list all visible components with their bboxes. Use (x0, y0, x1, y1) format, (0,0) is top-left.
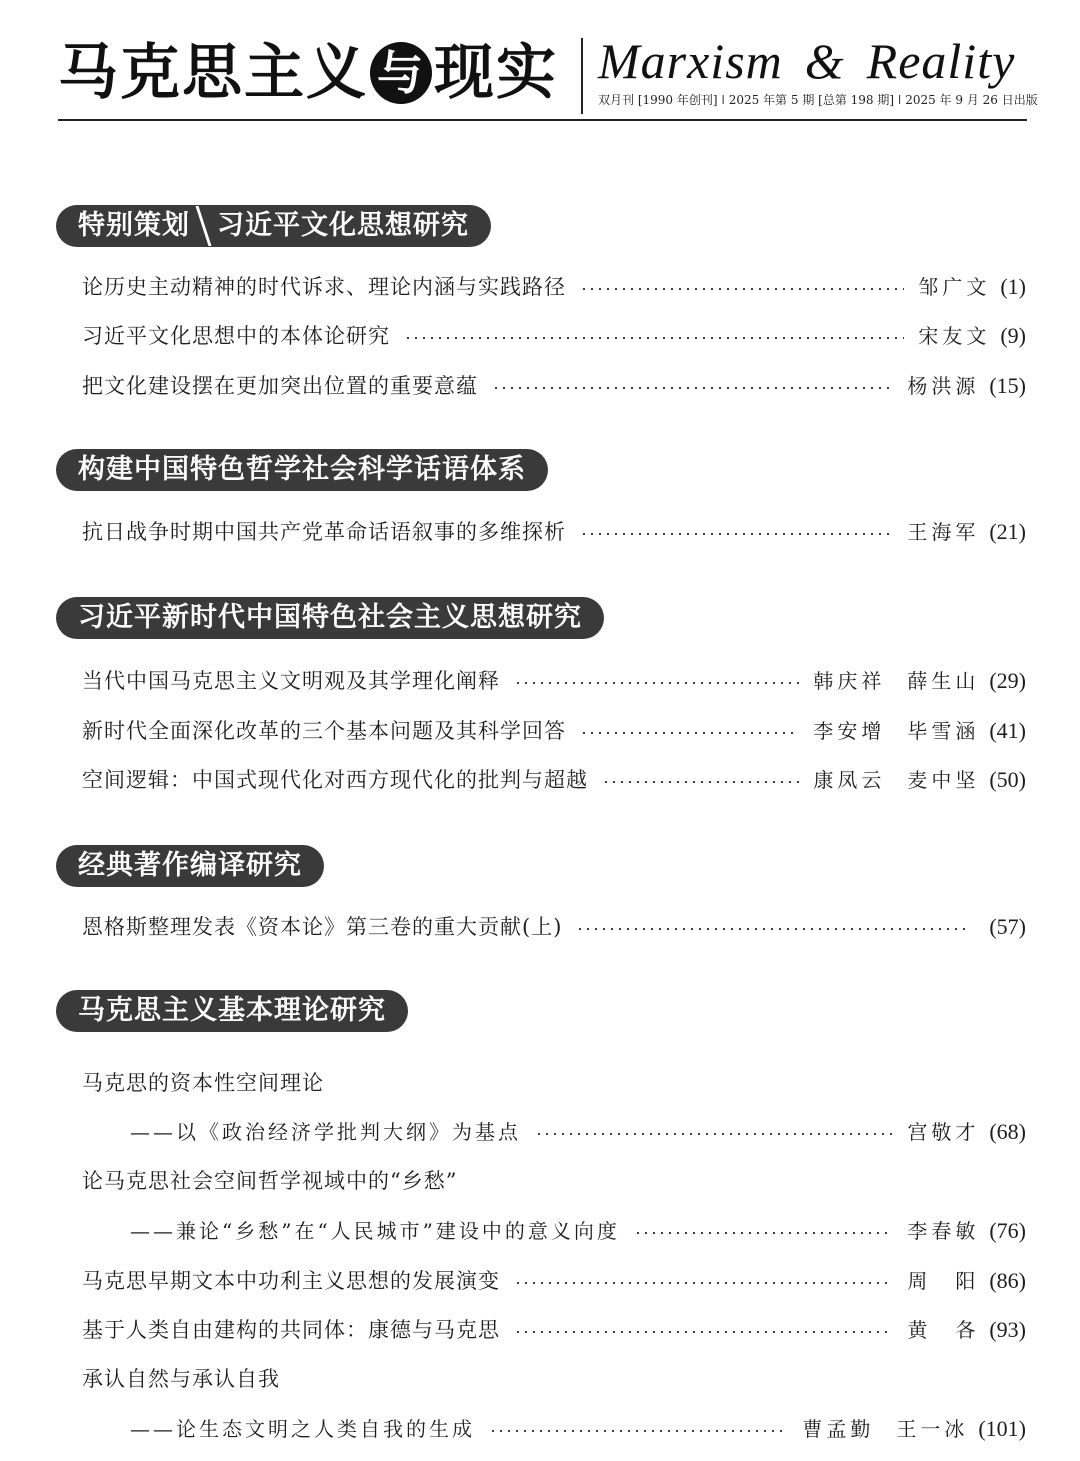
section-heading-special-feature: 特别策划习近平文化思想研究 (56, 205, 491, 247)
page-number: 1 (1000, 272, 1026, 302)
article-title: 基于人类自由建构的共同体：康德与马克思 (82, 1315, 500, 1345)
dot-leader (492, 387, 893, 389)
toc-entry[interactable]: 空间逻辑：中国式现代化对西方现代化的批判与超越 康凤云麦中坚 50 (82, 765, 1026, 795)
journal-title-en-amp: & (805, 33, 845, 89)
page-number: 76 (989, 1216, 1026, 1246)
dot-leader (576, 928, 965, 930)
page-number: 57 (989, 912, 1026, 942)
article-authors: 李安增毕雪涵 (813, 716, 979, 746)
backslash-divider-icon (196, 206, 212, 246)
issue-info: 双月刊 [1990 年创刊] ǀ 2025 年第 5 期 [总第 198 期] … (598, 92, 1038, 108)
toc-entry-subtitle-line[interactable]: ——以《政治经济学批判大纲》为基点 宫敬才 68 (130, 1117, 1026, 1147)
toc-entry[interactable]: 把文化建设摆在更加突出位置的重要意蕴 杨洪源 15 (82, 371, 1026, 401)
toc-entry[interactable]: 基于人类自由建构的共同体：康德与马克思 黄 各 93 (82, 1315, 1026, 1345)
article-authors: 曹孟勤王一冰 (802, 1414, 968, 1444)
header-rule (58, 119, 1027, 121)
title-divider (581, 38, 583, 114)
dot-leader (634, 1232, 893, 1234)
section-heading-prefix: 特别策划 (78, 210, 190, 241)
page-number: 50 (989, 765, 1026, 795)
article-title: 论马克思社会空间哲学视域中的“乡愁” (82, 1166, 457, 1196)
masthead: 马克思主义与现实 Marxism&Reality 双月刊 [1990 年创刊] … (58, 30, 1028, 122)
dot-leader (404, 337, 904, 339)
page-number: 15 (989, 371, 1026, 401)
article-subtitle: ——兼论“乡愁”在“人民城市”建设中的意义向度 (130, 1216, 620, 1246)
dot-leader (580, 732, 799, 734)
article-title: 空间逻辑：中国式现代化对西方现代化的批判与超越 (82, 765, 588, 795)
section-heading-title: 习近平文化思想研究 (217, 210, 469, 241)
journal-title-cn-part2: 现实 (434, 38, 558, 108)
dot-leader (514, 1331, 893, 1333)
journal-title-en-part2: Reality (867, 33, 1016, 89)
section-heading: 构建中国特色哲学社会科学话语体系 (56, 449, 548, 491)
page-number: 86 (989, 1266, 1026, 1296)
article-title: 当代中国马克思主义文明观及其学理化阐释 (82, 666, 500, 696)
toc-entry-title-line[interactable]: 论马克思社会空间哲学视域中的“乡愁” (82, 1166, 1026, 1196)
toc-entry-title-line[interactable]: 马克思的资本性空间理论 (82, 1068, 1026, 1098)
article-title: 马克思的资本性空间理论 (82, 1068, 324, 1098)
toc-entry[interactable]: 习近平文化思想中的本体论研究 宋友文 9 (82, 321, 1026, 351)
article-title: 承认自然与承认自我 (82, 1364, 280, 1394)
journal-title-cn: 马克思主义与现实 (58, 38, 558, 108)
article-authors: 黄 各 (907, 1315, 979, 1345)
dot-leader (514, 1282, 893, 1284)
article-authors: 周 阳 (907, 1266, 979, 1296)
article-title: 论历史主动精神的时代诉求、理论内涵与实践路径 (82, 272, 566, 302)
article-subtitle: ——论生态文明之人类自我的生成 (130, 1414, 475, 1444)
toc-entry[interactable]: 恩格斯整理发表《资本论》第三卷的重大贡献(上) 57 (82, 912, 1026, 942)
toc-entry-subtitle-line[interactable]: ——兼论“乡愁”在“人民城市”建设中的意义向度 李春敏 76 (130, 1216, 1026, 1246)
toc-entry-title-line[interactable]: 承认自然与承认自我 (82, 1364, 1026, 1394)
dot-leader (535, 1133, 893, 1135)
dot-leader (514, 682, 799, 684)
page-number: 101 (978, 1414, 1026, 1444)
article-title: 马克思早期文本中功利主义思想的发展演变 (82, 1266, 500, 1296)
journal-title-en: Marxism&Reality (598, 30, 1015, 92)
article-authors: 李春敏 (907, 1216, 979, 1246)
journal-title-cn-part1: 马克思主义 (58, 38, 368, 108)
article-authors: 王海军 (907, 517, 979, 547)
article-authors: 宫敬才 (907, 1117, 979, 1147)
article-title: 新时代全面深化改革的三个基本问题及其科学回答 (82, 716, 566, 746)
toc-entry[interactable]: 马克思早期文本中功利主义思想的发展演变 周 阳 86 (82, 1266, 1026, 1296)
toc-entry[interactable]: 论历史主动精神的时代诉求、理论内涵与实践路径 邹广文 1 (82, 272, 1026, 302)
toc-entry[interactable]: 当代中国马克思主义文明观及其学理化阐释 韩庆祥薛生山 29 (82, 666, 1026, 696)
article-authors: 邹广文 (918, 272, 990, 302)
toc-entry[interactable]: 新时代全面深化改革的三个基本问题及其科学回答 李安增毕雪涵 41 (82, 716, 1026, 746)
dot-leader (489, 1430, 788, 1432)
page-number: 68 (989, 1117, 1026, 1147)
page-number: 93 (989, 1315, 1026, 1345)
page-number: 29 (989, 666, 1026, 696)
article-title: 把文化建设摆在更加突出位置的重要意蕴 (82, 371, 478, 401)
section-heading: 经典著作编译研究 (56, 845, 324, 887)
article-title: 恩格斯整理发表《资本论》第三卷的重大贡献(上) (82, 912, 562, 942)
dot-leader (602, 781, 799, 783)
article-title: 习近平文化思想中的本体论研究 (82, 321, 390, 351)
article-authors: 韩庆祥薛生山 (813, 666, 979, 696)
section-heading: 马克思主义基本理论研究 (56, 990, 408, 1032)
toc-entry-subtitle-line[interactable]: ——论生态文明之人类自我的生成 曹孟勤王一冰 101 (130, 1414, 1026, 1444)
page-number: 9 (1000, 321, 1026, 351)
page-number: 41 (989, 716, 1026, 746)
toc-entry[interactable]: 抗日战争时期中国共产党革命话语叙事的多维探析 王海军 21 (82, 517, 1026, 547)
dot-leader (580, 533, 893, 535)
article-subtitle: ——以《政治经济学批判大纲》为基点 (130, 1117, 521, 1147)
page-number: 21 (989, 517, 1026, 547)
article-authors: 杨洪源 (907, 371, 979, 401)
journal-title-en-part1: Marxism (598, 33, 783, 89)
section-heading: 习近平新时代中国特色社会主义思想研究 (56, 597, 604, 639)
journal-logo-circle-icon: 与 (370, 42, 432, 104)
article-authors: 康凤云麦中坚 (813, 765, 979, 795)
article-authors: 宋友文 (918, 321, 990, 351)
dot-leader (580, 288, 904, 290)
article-title: 抗日战争时期中国共产党革命话语叙事的多维探析 (82, 517, 566, 547)
